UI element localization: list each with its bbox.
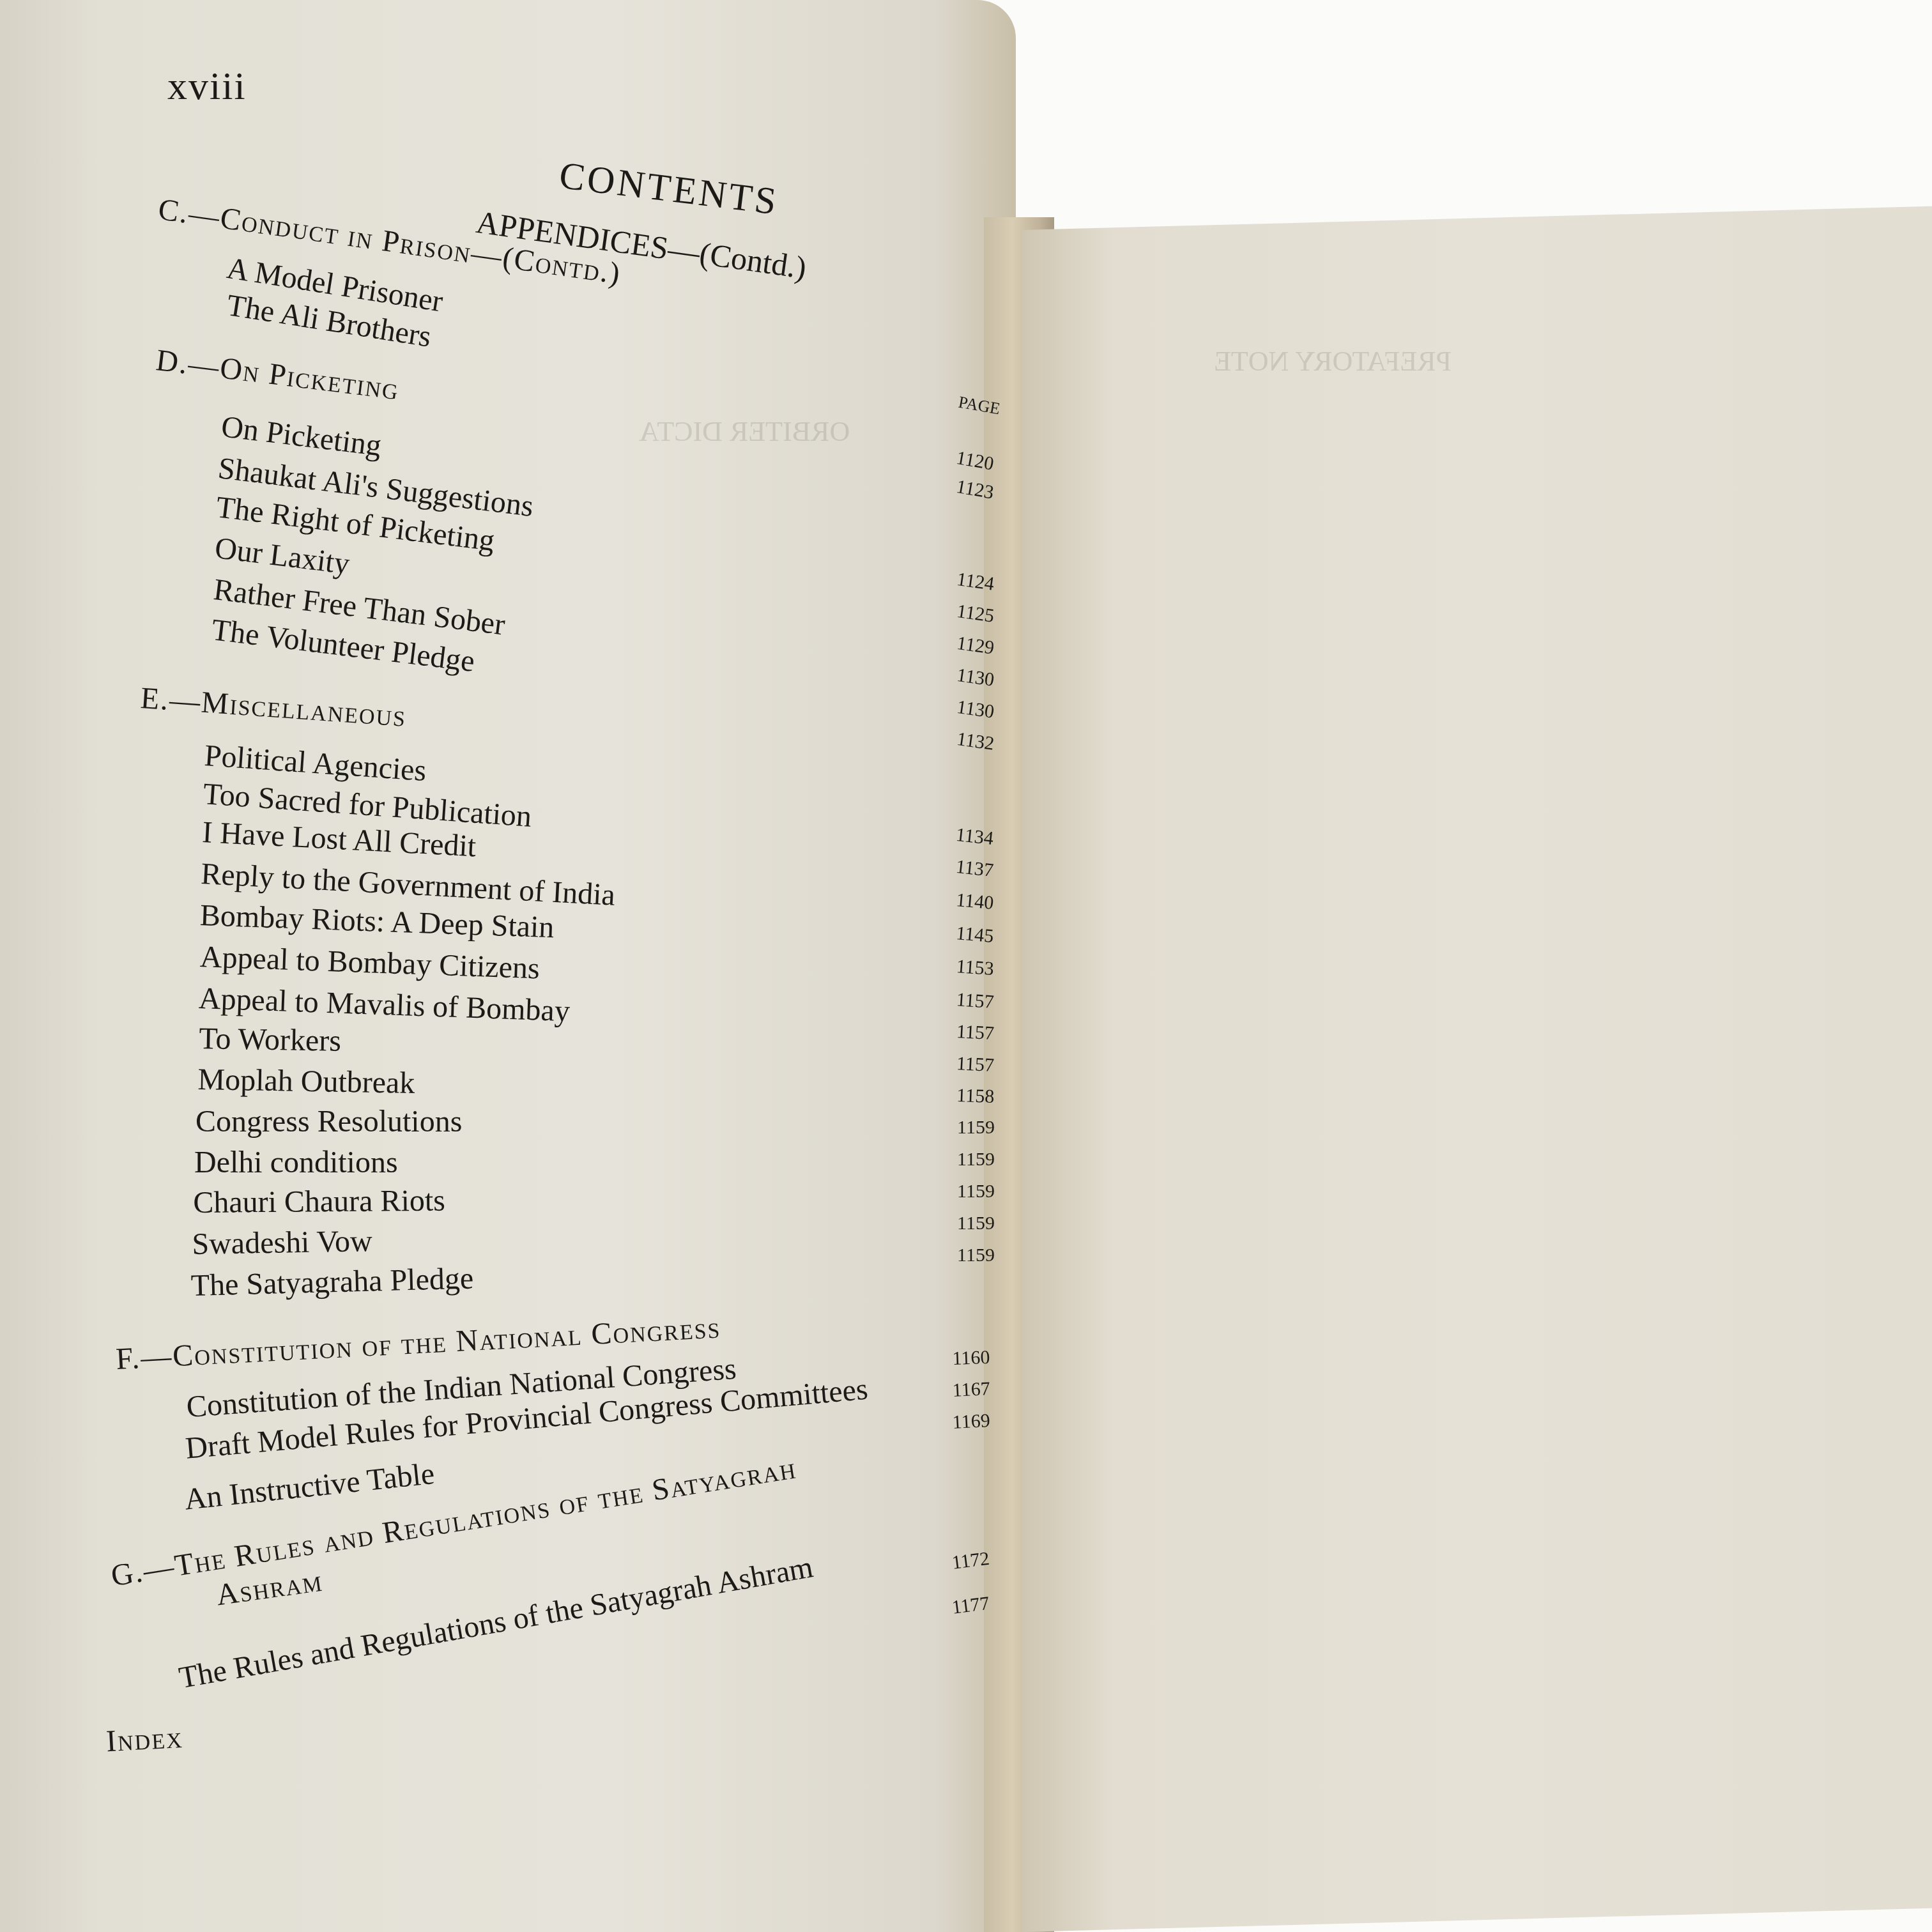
- toc-page-number: 1172: [951, 1548, 991, 1574]
- toc-entry: An Instructive Table: [183, 1456, 436, 1517]
- contents-page: xviii CONTENTS APPENDICES—(Contd.) PAGE …: [0, 0, 997, 1932]
- prefatory-note-page: PREFATORY NOTE I WITH the incarceration …: [1035, 0, 1932, 1932]
- toc-page-number: 1124: [955, 569, 995, 595]
- toc-page-number: 1130: [955, 664, 995, 691]
- toc-page-number: 1177: [951, 1593, 991, 1619]
- toc-page-number: 1153: [956, 956, 995, 980]
- index-heading: Index: [105, 1720, 184, 1759]
- toc-page-number: 1137: [954, 856, 994, 882]
- toc-entry: The Satyagraha Pledge: [190, 1261, 474, 1303]
- toc-entry: Appeal to Bombay Citizens: [199, 939, 540, 986]
- toc-page-number: 1159: [957, 1213, 995, 1234]
- toc-entry: Moplah Outbreak: [197, 1062, 415, 1101]
- page-column-label: PAGE: [957, 393, 1002, 419]
- toc-page-number: 1157: [956, 1053, 995, 1077]
- toc-page-number: 1120: [954, 447, 995, 475]
- contents-heading: CONTENTS: [557, 153, 781, 224]
- toc-entry: To Workers: [199, 1021, 341, 1059]
- toc-page-number: 1132: [955, 728, 995, 755]
- toc-page-number: 1157: [956, 1021, 995, 1045]
- toc-page-number: 1157: [956, 989, 995, 1013]
- toc-page-number: 1130: [955, 696, 995, 723]
- toc-page-number: 1123: [954, 476, 995, 504]
- toc-page-number: 1159: [957, 1149, 995, 1170]
- toc-entry: Delhi conditions: [194, 1145, 398, 1180]
- toc-page-number: 1134: [954, 824, 994, 850]
- toc-page-number: 1129: [955, 632, 995, 659]
- section-e-heading: E.—Miscellaneous: [139, 680, 408, 734]
- toc-page-number: 1167: [952, 1378, 991, 1402]
- toc-page-number: 1145: [955, 923, 995, 947]
- toc-page-number: 1159: [957, 1117, 995, 1138]
- toc-page-number: 1140: [955, 889, 995, 914]
- toc-page-number: 1169: [952, 1410, 991, 1434]
- toc-page-number: 1159: [957, 1181, 995, 1202]
- toc-entry: Chauri Chaura Riots: [193, 1183, 445, 1220]
- toc-page-number: 1159: [957, 1245, 995, 1266]
- toc-page-number: 1160: [952, 1347, 990, 1370]
- toc-entry: Swadeshi Vow: [192, 1223, 372, 1262]
- toc-entry: Congress Resolutions: [195, 1104, 462, 1139]
- toc-page-number: 1158: [956, 1085, 995, 1108]
- toc-page-number: 1125: [955, 601, 995, 627]
- page-folio: xviii: [167, 64, 247, 109]
- section-d-heading: D.—On Picketing: [154, 342, 401, 407]
